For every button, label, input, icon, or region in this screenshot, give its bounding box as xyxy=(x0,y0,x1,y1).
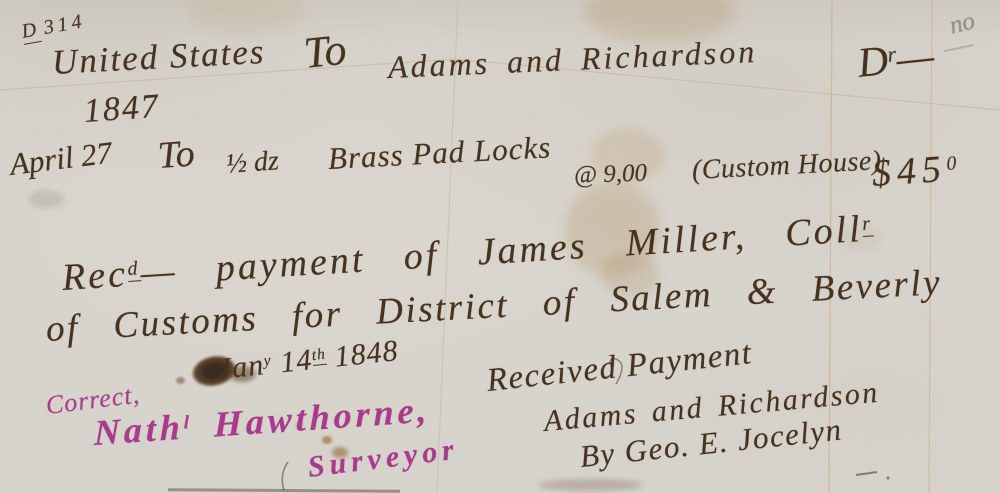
entry-item: Brass Pad Locks xyxy=(327,130,552,175)
gray-smudge-left-margin xyxy=(28,190,64,208)
brown-speck-1 xyxy=(322,436,332,444)
pencil-underline xyxy=(944,44,974,52)
dr-dash: — xyxy=(894,33,936,83)
receipt-date-day: 14 xyxy=(270,343,314,380)
entry-amount: $450 xyxy=(871,148,965,195)
collr-superscript: r xyxy=(862,213,874,238)
surveyor-signature-last: Hawthorne, xyxy=(193,389,430,446)
surveyor-signature-first: Nath xyxy=(94,407,184,453)
receipt-date-year: 1848 xyxy=(324,334,400,374)
ledger-letter: D xyxy=(20,18,42,45)
bottom-smudge xyxy=(538,479,643,491)
stray-pen-dot xyxy=(886,476,889,479)
stain-top-left xyxy=(185,0,305,33)
entry-date: April 27 xyxy=(8,136,114,182)
entry-quantity: ½ dz xyxy=(225,146,280,180)
amount-cents-superscript: 0 xyxy=(946,152,963,175)
ledger-mark: D314 xyxy=(20,11,87,43)
header-to-word: To xyxy=(302,26,349,78)
pencil-note: no xyxy=(947,7,978,39)
surveyor-title: Surveyor xyxy=(306,434,460,485)
amount-dollars: $45 xyxy=(870,148,948,195)
header-year: 1847 xyxy=(83,89,161,131)
receipt-date-month: Jan xyxy=(216,348,266,386)
receipt-line-1-text: Rec xyxy=(61,253,129,299)
stray-pen-stroke xyxy=(282,462,288,490)
header-creditor: Adams and Richardson xyxy=(387,34,758,85)
nathl-superscript: l xyxy=(184,412,193,434)
entry-rate: @ 9,00 xyxy=(574,159,648,189)
header-dr-abbreviation: Dr— xyxy=(856,34,937,87)
entry-location-note: (Custom House) xyxy=(691,146,882,186)
header-debtor: United States xyxy=(51,33,266,82)
stray-pen-dash xyxy=(856,472,877,475)
document-scan: D314 no United States To Adams and Richa… xyxy=(0,0,1000,493)
ledger-number: 314 xyxy=(42,10,87,39)
entry-to-word: To xyxy=(157,133,196,176)
receipt-date: Jany 14th 1848 xyxy=(216,335,400,386)
ink-blot-speck xyxy=(176,377,185,384)
scan-edge-shadow xyxy=(168,488,400,493)
